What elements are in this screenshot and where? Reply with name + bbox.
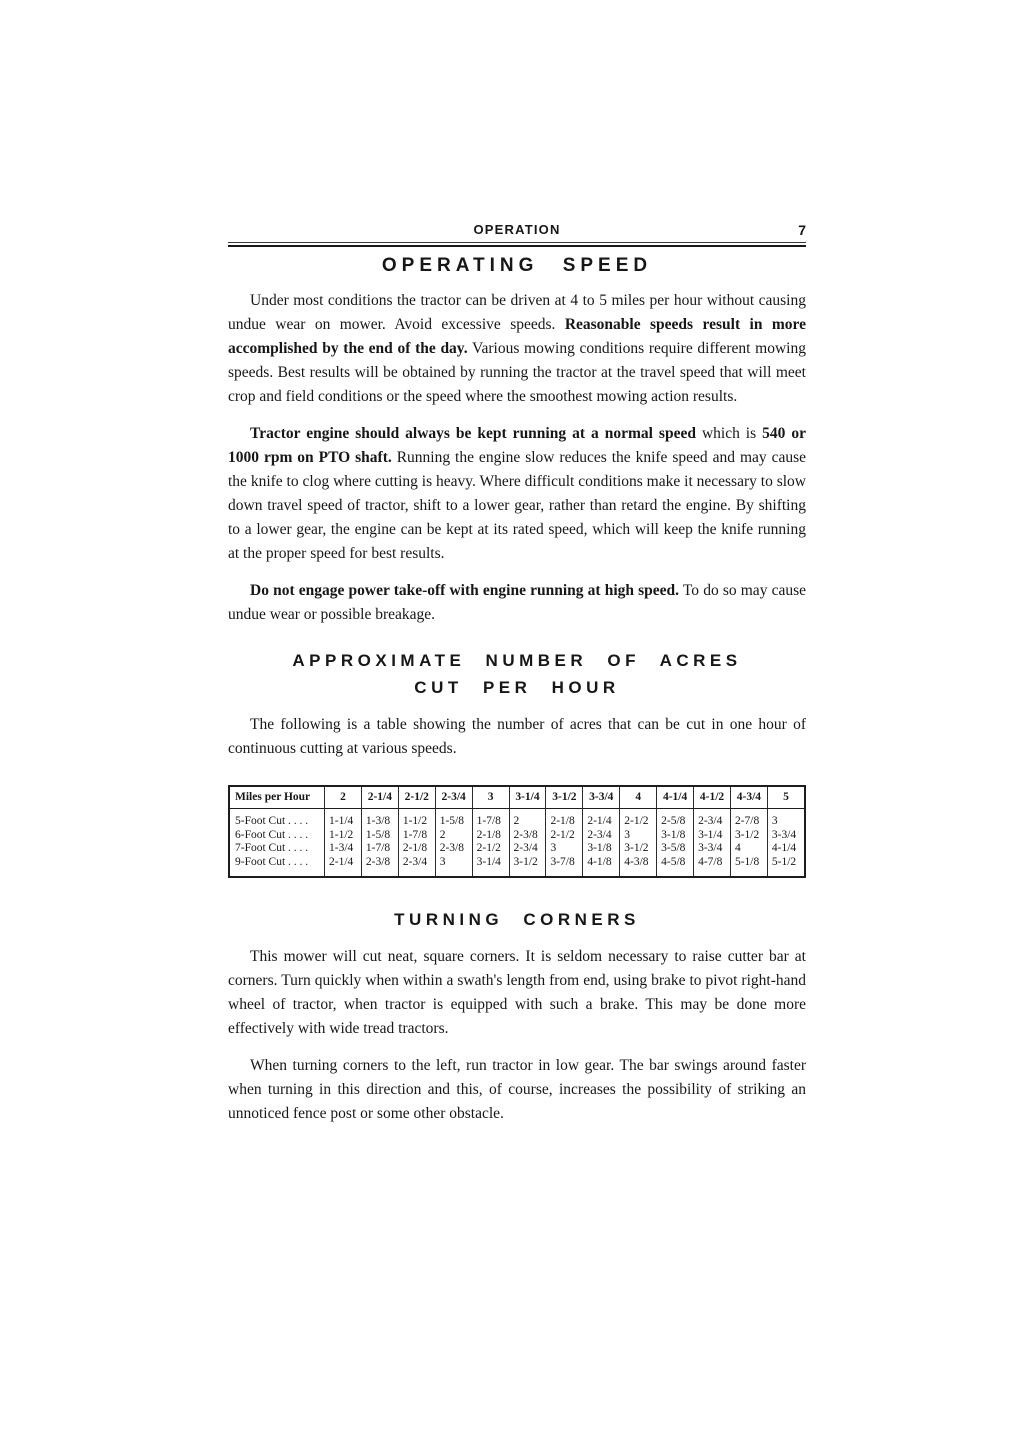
table-cell: 4-5/8 <box>657 856 694 878</box>
acres-table: Miles per Hour22-1/42-1/22-3/433-1/43-1/… <box>228 785 806 878</box>
table-cell: 3-1/8 <box>657 829 694 843</box>
paragraph-operating-speed-1: Under most conditions the tractor can be… <box>228 289 806 409</box>
table-column-header: 3-1/4 <box>509 786 546 809</box>
table-cell: 2-1/4 <box>583 809 620 829</box>
table-column-header: 2-1/4 <box>361 786 398 809</box>
acres-table-wrap: Miles per Hour22-1/42-1/22-3/433-1/43-1/… <box>228 785 806 878</box>
table-column-header: 3-3/4 <box>583 786 620 809</box>
acres-table-body: 5-Foot Cut . . . .1-1/41-3/81-1/21-5/81-… <box>229 809 805 878</box>
table-cell: 3-1/4 <box>694 829 731 843</box>
table-cell: 2-3/4 <box>583 829 620 843</box>
table-cell: 3 <box>546 842 583 856</box>
heading-line-1: APPROXIMATE NUMBER OF ACRES <box>228 647 806 674</box>
table-cell: 2-1/2 <box>472 842 509 856</box>
page-number: 7 <box>798 222 806 238</box>
table-cell: 5-1/8 <box>730 856 767 878</box>
table-cell: 2-3/4 <box>509 842 546 856</box>
table-cell: 1-7/8 <box>361 842 398 856</box>
table-cell: 2-1/8 <box>398 842 435 856</box>
table-cell: 3-3/4 <box>767 829 805 843</box>
paragraph-turning-corners-1: This mower will cut neat, square corners… <box>228 945 806 1041</box>
section-title-operating-speed: OPERATING SPEED <box>228 255 806 277</box>
table-column-header: 2-1/2 <box>398 786 435 809</box>
text-segment-bold: Do not engage power take-off with engine… <box>250 582 679 599</box>
table-column-header: 5 <box>767 786 805 809</box>
table-header-row: Miles per Hour22-1/42-1/22-3/433-1/43-1/… <box>229 786 805 809</box>
table-row-label: 9-Foot Cut . . . . <box>229 856 325 878</box>
table-cell: 3 <box>620 829 657 843</box>
table-column-header: 3 <box>472 786 509 809</box>
table-cell: 2-1/2 <box>546 829 583 843</box>
table-cell: 2-1/8 <box>472 829 509 843</box>
table-cell: 2-3/8 <box>361 856 398 878</box>
table-row: 6-Foot Cut . . . .1-1/21-5/81-7/822-1/82… <box>229 829 805 843</box>
table-cell: 3-3/4 <box>694 842 731 856</box>
paragraph-acres-intro: The following is a table showing the num… <box>228 713 806 761</box>
running-head: OPERATION 7 <box>228 222 806 242</box>
table-cell: 5-1/2 <box>767 856 805 878</box>
table-cell: 3 <box>767 809 805 829</box>
table-row: 9-Foot Cut . . . .2-1/42-3/82-3/433-1/43… <box>229 856 805 878</box>
table-cell: 4-1/4 <box>767 842 805 856</box>
table-row: 7-Foot Cut . . . .1-3/41-7/82-1/82-3/82-… <box>229 842 805 856</box>
table-cell: 2-3/4 <box>398 856 435 878</box>
table-cell: 2-1/8 <box>546 809 583 829</box>
table-cell: 1-7/8 <box>472 809 509 829</box>
table-cell: 2-3/4 <box>694 809 731 829</box>
text-segment: which is <box>696 425 762 442</box>
paragraph-operating-speed-2: Tractor engine should always be kept run… <box>228 422 806 566</box>
table-cell: 2-3/8 <box>509 829 546 843</box>
table-column-header: 3-1/2 <box>546 786 583 809</box>
acres-table-head: Miles per Hour22-1/42-1/22-3/433-1/43-1/… <box>229 786 805 809</box>
table-row-label: 5-Foot Cut . . . . <box>229 809 325 829</box>
table-cell: 3-7/8 <box>546 856 583 878</box>
table-cell: 1-7/8 <box>398 829 435 843</box>
table-cell: 1-3/4 <box>325 842 362 856</box>
table-column-header: 2 <box>325 786 362 809</box>
table-row-label: 6-Foot Cut . . . . <box>229 829 325 843</box>
table-cell: 1-5/8 <box>361 829 398 843</box>
table-cell: 3-1/4 <box>472 856 509 878</box>
table-column-header: 4-1/2 <box>694 786 731 809</box>
table-row: 5-Foot Cut . . . .1-1/41-3/81-1/21-5/81-… <box>229 809 805 829</box>
table-cell: 4-1/8 <box>583 856 620 878</box>
table-cell: 1-1/2 <box>325 829 362 843</box>
table-cell: 3-1/2 <box>730 829 767 843</box>
table-cell: 2-1/4 <box>325 856 362 878</box>
section-title-acres-per-hour: APPROXIMATE NUMBER OF ACRES CUT PER HOUR <box>228 647 806 701</box>
running-head-title: OPERATION <box>473 222 560 237</box>
table-cell: 3-1/8 <box>583 842 620 856</box>
table-column-header: 4 <box>620 786 657 809</box>
table-cell: 2-7/8 <box>730 809 767 829</box>
document-page: OPERATION 7 OPERATING SPEED Under most c… <box>228 222 806 1139</box>
table-row-label: 7-Foot Cut . . . . <box>229 842 325 856</box>
table-cell: 4-7/8 <box>694 856 731 878</box>
table-cell: 2-1/2 <box>620 809 657 829</box>
table-cell: 2 <box>435 829 472 843</box>
heading-line-2: CUT PER HOUR <box>228 674 806 701</box>
table-cell: 1-1/4 <box>325 809 362 829</box>
table-cell: 3 <box>435 856 472 878</box>
table-cell: 3-1/2 <box>620 842 657 856</box>
table-column-header: Miles per Hour <box>229 786 325 809</box>
table-cell: 1-5/8 <box>435 809 472 829</box>
paragraph-operating-speed-3: Do not engage power take-off with engine… <box>228 579 806 627</box>
table-cell: 3-1/2 <box>509 856 546 878</box>
section-title-turning-corners: TURNING CORNERS <box>228 906 806 933</box>
header-rule <box>228 242 806 247</box>
table-cell: 2-5/8 <box>657 809 694 829</box>
table-cell: 2-3/8 <box>435 842 472 856</box>
table-cell: 1-3/8 <box>361 809 398 829</box>
table-column-header: 4-1/4 <box>657 786 694 809</box>
table-column-header: 4-3/4 <box>730 786 767 809</box>
table-cell: 2 <box>509 809 546 829</box>
table-cell: 4-3/8 <box>620 856 657 878</box>
paragraph-turning-corners-2: When turning corners to the left, run tr… <box>228 1054 806 1126</box>
table-cell: 4 <box>730 842 767 856</box>
table-cell: 3-5/8 <box>657 842 694 856</box>
table-column-header: 2-3/4 <box>435 786 472 809</box>
table-cell: 1-1/2 <box>398 809 435 829</box>
text-segment-bold: Tractor engine should always be kept run… <box>250 425 696 442</box>
